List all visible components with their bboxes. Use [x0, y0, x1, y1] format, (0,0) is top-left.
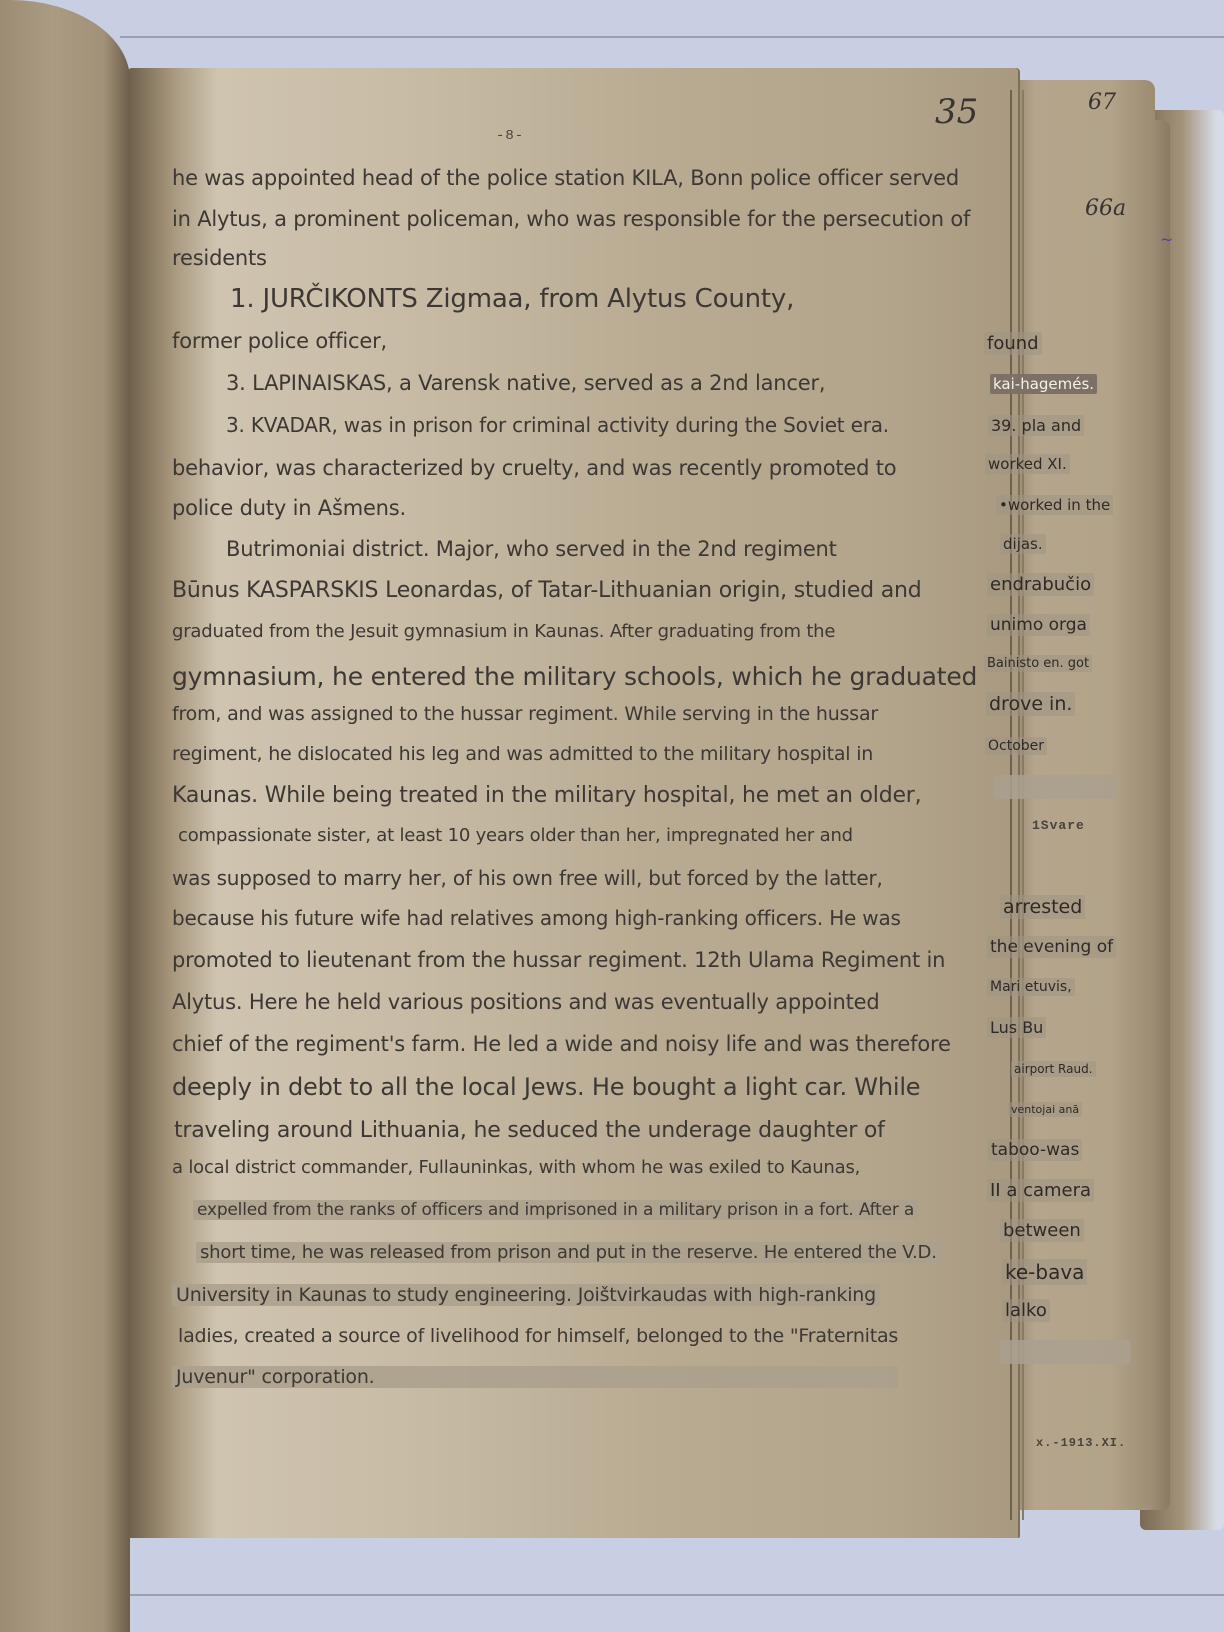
- text-line: gymnasium, he entered the military schoo…: [172, 662, 977, 691]
- margin-fragment: dijas.: [1000, 534, 1046, 554]
- text-line: Alytus. Here he held various positions a…: [172, 990, 879, 1014]
- margin-fragment: •worked in the: [996, 495, 1113, 515]
- page-number: -8-: [496, 128, 524, 144]
- margin-fragment: Lus Bu: [987, 1017, 1046, 1038]
- text-line: 1. JURČIKONTS Zigmaa, from Alytus County…: [230, 284, 794, 314]
- text-line: University in Kaunas to study engineerin…: [172, 1284, 880, 1306]
- margin-fragment: drove in.: [986, 692, 1075, 716]
- margin-fragment: lalko: [1002, 1299, 1050, 1322]
- margin-fragment: October: [985, 737, 1047, 755]
- ink-annotation: ~: [1160, 230, 1173, 249]
- desk-line-top: [120, 36, 1224, 38]
- folio-next: 67: [1088, 90, 1116, 115]
- text-line: from, and was assigned to the hussar reg…: [172, 703, 878, 725]
- text-line: in Alytus, a prominent policeman, who wa…: [172, 207, 970, 231]
- text-line: expelled from the ranks of officers and …: [193, 1200, 918, 1220]
- margin-fragment: ventojai anā: [1008, 1102, 1082, 1117]
- margin-fragment: airport Raud.: [1011, 1061, 1096, 1077]
- margin-fragment: Mari etuvis,: [987, 978, 1075, 996]
- text-line: behavior, was characterized by cruelty, …: [172, 456, 896, 480]
- text-line: Kaunas. While being treated in the milit…: [172, 783, 921, 808]
- margin-fragment: Bainisto en. got: [984, 655, 1092, 672]
- margin-fragment: kai-hagemés.: [990, 374, 1097, 394]
- text-line: deeply in debt to all the local Jews. He…: [172, 1073, 920, 1101]
- text-line: Būnus KASPARSKIS Leonardas, of Tatar-Lit…: [172, 578, 922, 603]
- margin-fragment: found: [984, 332, 1042, 355]
- desk-line-bottom: [120, 1594, 1224, 1596]
- margin-fragment: endrabučio: [987, 573, 1094, 596]
- text-line: graduated from the Jesuit gymnasium in K…: [172, 621, 835, 642]
- margin-fragment: worked XI.: [985, 454, 1070, 474]
- text-line: a local district commander, Fullauninkas…: [172, 1157, 860, 1178]
- margin-fragment: [1000, 1340, 1130, 1364]
- text-line: Juvenur" corporation.: [172, 1366, 898, 1388]
- folio-next-lower: 66a: [1085, 196, 1126, 221]
- text-line: residents: [172, 246, 267, 270]
- typed-stamp: x.-1913.XI.: [1036, 1436, 1126, 1450]
- text-line: chief of the regiment's farm. He led a w…: [172, 1032, 951, 1056]
- margin-fragment: unimo orga: [987, 614, 1090, 636]
- text-line: traveling around Lithuania, he seduced t…: [174, 1118, 885, 1143]
- text-line: short time, he was released from prison …: [196, 1242, 941, 1263]
- margin-fragment: arrested: [1000, 895, 1085, 919]
- text-line: was supposed to marry her, of his own fr…: [172, 866, 883, 890]
- margin-fragment: 39. pla and: [988, 415, 1084, 436]
- margin-fragment: the evening of: [987, 936, 1116, 958]
- folio-main: 35: [935, 92, 978, 132]
- text-line: ladies, created a source of livelihood f…: [178, 1325, 898, 1347]
- typed-stamp: 1Svare: [1032, 818, 1085, 833]
- text-line: promoted to lieutenant from the hussar r…: [172, 948, 945, 972]
- text-line: because his future wife had relatives am…: [172, 906, 901, 930]
- text-line: compassionate sister, at least 10 years …: [178, 825, 853, 846]
- text-line: former police officer,: [172, 329, 387, 353]
- text-line: 3. KVADAR, was in prison for criminal ac…: [226, 413, 889, 437]
- text-line: police duty in Ašmens.: [172, 496, 406, 520]
- left-page: [0, 0, 130, 1632]
- margin-fragment: [994, 775, 1116, 799]
- text-line: regiment, he dislocated his leg and was …: [172, 743, 873, 765]
- text-line: Butrimoniai district. Major, who served …: [226, 537, 837, 561]
- text-line: 3. LAPINAISKAS, a Varensk native, served…: [226, 371, 825, 395]
- margin-fragment: between: [1000, 1219, 1084, 1242]
- text-line: he was appointed head of the police stat…: [172, 166, 959, 190]
- margin-fragment: ke-bava: [1002, 1259, 1087, 1285]
- margin-fragment: taboo-was: [988, 1139, 1082, 1161]
- margin-fragment: II a camera: [987, 1179, 1094, 1202]
